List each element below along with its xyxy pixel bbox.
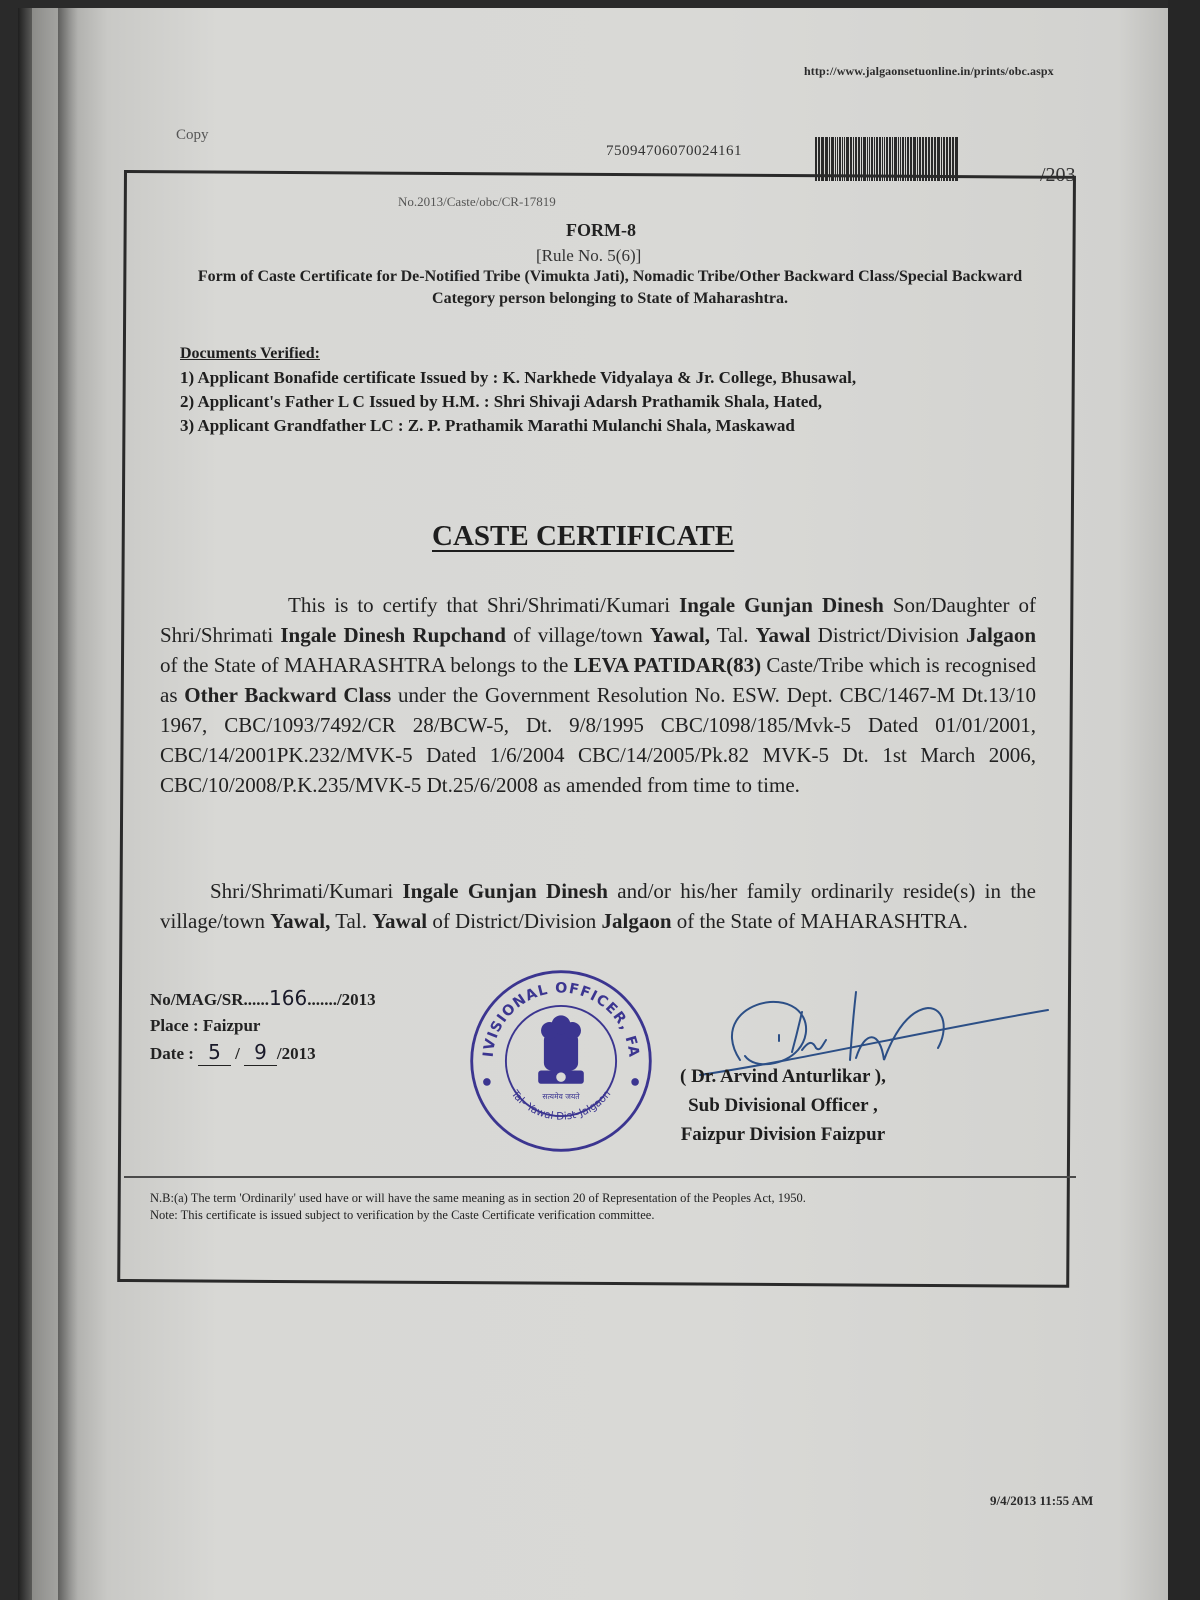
- official-seal: SUB DIVISIONAL OFFICER, FAIZPUR Tal- Yaw…: [466, 966, 656, 1156]
- footnotes: N.B:(a) The term 'Ordinarily' used have …: [150, 1190, 1030, 1224]
- footnote-nb: N.B:(a) The term 'Ordinarily' used have …: [150, 1190, 1030, 1207]
- rule-number: [Rule No. 5(6)]: [536, 246, 641, 266]
- copy-label: Copy: [176, 127, 209, 144]
- background-edge: [1168, 0, 1200, 1600]
- documents-heading: Documents Verified:: [180, 345, 1060, 363]
- scan-shadow: [58, 8, 78, 1600]
- print-timestamp: 9/4/2013 11:55 AM: [990, 1493, 1093, 1509]
- issue-details: No/MAG/SR......166......./2013 Place : F…: [150, 985, 376, 1067]
- text: ......./2013: [307, 990, 375, 1009]
- text: Tal.: [710, 623, 756, 647]
- category: Other Backward Class: [184, 683, 391, 707]
- text: of District/Division: [427, 909, 601, 933]
- text: Place :: [150, 1016, 203, 1035]
- officer-name: ( Dr. Arvind Anturlikar ),: [680, 1062, 886, 1091]
- place: Place : Faizpur: [150, 1013, 376, 1039]
- text: of village/town: [506, 623, 650, 647]
- certificate-title: CASTE CERTIFICATE: [432, 520, 734, 553]
- document-item: 1) Applicant Bonafide certificate Issued…: [180, 367, 1060, 389]
- documents-verified: Documents Verified: 1) Applicant Bonafid…: [180, 345, 1060, 437]
- officer-designation: Sub Divisional Officer ,: [680, 1091, 886, 1120]
- divider: [124, 1176, 1076, 1178]
- caste: LEVA PATIDAR(83): [574, 653, 761, 677]
- certification-paragraph: This is to certify that Shri/Shrimati/Ku…: [160, 590, 1036, 800]
- emblem-icon: [538, 1015, 584, 1083]
- taluka: Yawal: [756, 623, 811, 647]
- text: District/Division: [811, 623, 966, 647]
- form-title: FORM-8: [566, 220, 636, 241]
- applicant-name: Ingale Gunjan Dinesh: [403, 879, 608, 903]
- text: of the State of MAHARASHTRA.: [672, 909, 968, 933]
- text: of the State of MAHARASHTRA belongs to t…: [160, 653, 574, 677]
- date-month: 9: [244, 1039, 277, 1066]
- barcode-number: 75094706070024161: [606, 143, 742, 160]
- village: Yawal,: [650, 623, 710, 647]
- residence-paragraph: Shri/Shrimati/Kumari Ingale Gunjan Dines…: [160, 876, 1036, 936]
- taluka: Yawal: [372, 909, 427, 933]
- text: This is to certify that Shri/Shrimati/Ku…: [288, 593, 679, 617]
- print-url: http://www.jalgaonsetuonline.in/prints/o…: [804, 64, 1054, 79]
- applicant-name: Ingale Gunjan Dinesh: [679, 593, 884, 617]
- date-day: 5: [198, 1039, 231, 1066]
- reference-number: No.2013/Caste/obc/CR-17819: [398, 194, 556, 210]
- district: Jalgaon: [601, 909, 671, 933]
- text: Shri/Shrimati/Kumari: [210, 879, 403, 903]
- date-year: /2013: [277, 1044, 316, 1063]
- document-item: 2) Applicant's Father L C Issued by H.M.…: [180, 391, 1060, 413]
- text: Date :: [150, 1044, 198, 1063]
- emblem-motto: सत्यमेव जयते: [542, 1092, 580, 1101]
- serial-number: No/MAG/SR......166......./2013: [150, 985, 376, 1013]
- text: No/MAG/SR......: [150, 990, 269, 1009]
- date: Date : 5 / 9/2013: [150, 1039, 376, 1067]
- text: Tal.: [330, 909, 372, 933]
- officer-office: Faizpur Division Faizpur: [680, 1120, 886, 1149]
- document-item: 3) Applicant Grandfather LC : Z. P. Prat…: [180, 415, 1060, 437]
- form-description: Form of Caste Certificate for De-Notifie…: [170, 266, 1050, 310]
- serial-value: 166: [269, 986, 307, 1010]
- village: Yawal,: [270, 909, 330, 933]
- district: Jalgaon: [966, 623, 1036, 647]
- footnote-note: Note: This certificate is issued subject…: [150, 1207, 1030, 1224]
- parent-name: Ingale Dinesh Rupchand: [280, 623, 506, 647]
- place-value: Faizpur: [203, 1016, 261, 1035]
- officer-block: ( Dr. Arvind Anturlikar ), Sub Divisiona…: [680, 1062, 886, 1149]
